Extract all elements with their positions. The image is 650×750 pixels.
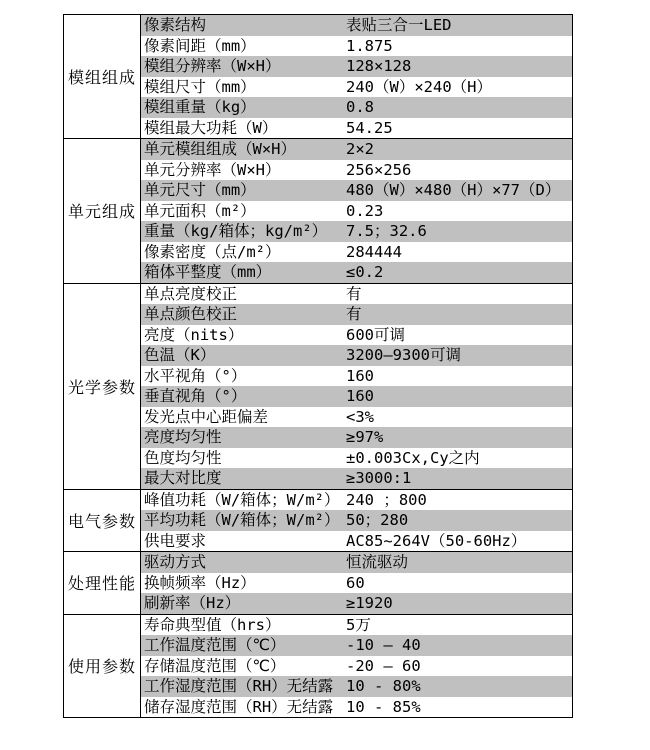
table-row: 单元面积（m²）0.23	[141, 201, 572, 222]
row-label: 模组分辨率（W×H）	[141, 56, 346, 77]
table-row: 模组尺寸（mm）240（W）×240（H）	[141, 77, 572, 98]
table-row: 像素密度（点/m²）284444	[141, 242, 572, 263]
row-label: 存储温度范围（℃）	[141, 656, 346, 677]
section-2: 光学参数单点亮度校正有单点颜色校正有亮度（nits）600可调色温（K）3200…	[64, 284, 572, 490]
row-label: 单元分辨率（W×H）	[141, 160, 346, 181]
category-cell: 处理性能	[64, 552, 141, 614]
table-row: 像素结构表贴三合一LED	[141, 15, 572, 36]
row-value: ≥97%	[346, 427, 572, 448]
row-label: 单元尺寸（mm）	[141, 180, 346, 201]
row-label: 亮度均匀性	[141, 427, 346, 448]
category-cell: 使用参数	[64, 615, 141, 718]
row-label: 水平视角（°）	[141, 366, 346, 387]
table-row: 单点颜色校正有	[141, 304, 572, 325]
row-label: 模组重量（kg）	[141, 97, 346, 118]
table-row: 单点亮度校正有	[141, 284, 572, 305]
row-label: 像素密度（点/m²）	[141, 242, 346, 263]
row-label: 平均功耗（W/箱体；W/m²）	[141, 510, 346, 531]
row-label: 发光点中心距偏差	[141, 407, 346, 428]
row-label: 最大对比度	[141, 468, 346, 489]
row-label: 储存湿度范围（RH）无结露	[141, 697, 346, 718]
section-3: 电气参数峰值功耗（W/箱体；W/m²）240 ；800平均功耗（W/箱体；W/m…	[64, 490, 572, 553]
table-row: 储存湿度范围（RH）无结露10 - 85%	[141, 697, 572, 718]
row-label: 峰值功耗（W/箱体；W/m²）	[141, 490, 346, 511]
row-value: 10 - 80%	[346, 676, 572, 697]
row-label: 换帧频率（Hz）	[141, 573, 346, 594]
row-value: 160	[346, 386, 572, 407]
section-rows: 驱动方式恒流驱动换帧频率（Hz）60刷新率（Hz）≥1920	[141, 552, 572, 614]
category-cell: 单元组成	[64, 139, 141, 283]
row-value: -10 — 40	[346, 635, 572, 656]
table-row: 水平视角（°）160	[141, 366, 572, 387]
table-row: 换帧频率（Hz）60	[141, 573, 572, 594]
table-row: 供电要求AC85~264V（50-60Hz）	[141, 531, 572, 552]
section-rows: 寿命典型值（hrs）5万工作温度范围（℃）-10 — 40存储温度范围（℃）-2…	[141, 615, 572, 718]
table-row: 工作湿度范围（RH）无结露10 - 80%	[141, 676, 572, 697]
row-value: 256×256	[346, 160, 572, 181]
table-row: 发光点中心距偏差<3%	[141, 407, 572, 428]
row-label: 工作温度范围（℃）	[141, 635, 346, 656]
section-5: 使用参数寿命典型值（hrs）5万工作温度范围（℃）-10 — 40存储温度范围（…	[64, 615, 572, 718]
row-label: 色温（K）	[141, 345, 346, 366]
row-value: 160	[346, 366, 572, 387]
row-label: 模组尺寸（mm）	[141, 77, 346, 98]
row-label: 色度均匀性	[141, 448, 346, 469]
row-value: 2×2	[346, 139, 572, 160]
table-row: 亮度（nits）600可调	[141, 325, 572, 346]
table-row: 驱动方式恒流驱动	[141, 552, 572, 573]
row-label: 工作湿度范围（RH）无结露	[141, 676, 346, 697]
row-value: 128×128	[346, 56, 572, 77]
row-label: 驱动方式	[141, 552, 346, 573]
row-value: 284444	[346, 242, 572, 263]
row-value: ≤0.2	[346, 262, 572, 283]
section-rows: 像素结构表贴三合一LED像素间距（mm）1.875模组分辨率（W×H）128×1…	[141, 15, 572, 138]
table-row: 模组分辨率（W×H）128×128	[141, 56, 572, 77]
row-value: 50；280	[346, 510, 572, 531]
section-4: 处理性能驱动方式恒流驱动换帧频率（Hz）60刷新率（Hz）≥1920	[64, 552, 572, 615]
row-value: 7.5；32.6	[346, 221, 572, 242]
table-row: 模组重量（kg）0.8	[141, 97, 572, 118]
row-value: ±0.003Cx,Cy之内	[346, 448, 572, 469]
table-row: 存储温度范围（℃）-20 — 60	[141, 656, 572, 677]
row-label: 像素间距（mm）	[141, 36, 346, 57]
row-label: 供电要求	[141, 531, 346, 552]
row-value: 0.23	[346, 201, 572, 222]
table-row: 寿命典型值（hrs）5万	[141, 615, 572, 636]
row-value: 60	[346, 573, 572, 594]
row-value: 600可调	[346, 325, 572, 346]
row-value: 10 - 85%	[346, 697, 572, 718]
row-label: 寿命典型值（hrs）	[141, 615, 346, 636]
table-row: 单元尺寸（mm）480（W）×480（H）×77（D）	[141, 180, 572, 201]
row-value: 有	[346, 284, 572, 305]
category-cell: 模组组成	[64, 15, 141, 138]
row-value: 1.875	[346, 36, 572, 57]
row-value: 240 ；800	[346, 490, 572, 511]
row-label: 模组最大功耗（W）	[141, 118, 346, 139]
table-row: 亮度均匀性≥97%	[141, 427, 572, 448]
table-row: 刷新率（Hz）≥1920	[141, 593, 572, 614]
category-cell: 电气参数	[64, 490, 141, 552]
section-rows: 单元模组组成（W×H）2×2单元分辨率（W×H）256×256单元尺寸（mm）4…	[141, 139, 572, 283]
section-rows: 峰值功耗（W/箱体；W/m²）240 ；800平均功耗（W/箱体；W/m²）50…	[141, 490, 572, 552]
table-row: 工作温度范围（℃）-10 — 40	[141, 635, 572, 656]
table-row: 平均功耗（W/箱体；W/m²）50；280	[141, 510, 572, 531]
section-1: 单元组成单元模组组成（W×H）2×2单元分辨率（W×H）256×256单元尺寸（…	[64, 139, 572, 284]
row-label: 亮度（nits）	[141, 325, 346, 346]
row-value: 有	[346, 304, 572, 325]
section-rows: 单点亮度校正有单点颜色校正有亮度（nits）600可调色温（K）3200—930…	[141, 284, 572, 489]
spec-table: 模组组成像素结构表贴三合一LED像素间距（mm）1.875模组分辨率（W×H）1…	[63, 14, 573, 718]
row-label: 箱体平整度（mm）	[141, 262, 346, 283]
row-label: 单元面积（m²）	[141, 201, 346, 222]
row-value: 54.25	[346, 118, 572, 139]
table-row: 单元分辨率（W×H）256×256	[141, 160, 572, 181]
table-row: 单元模组组成（W×H）2×2	[141, 139, 572, 160]
category-cell: 光学参数	[64, 284, 141, 489]
row-value: 0.8	[346, 97, 572, 118]
row-value: ≥1920	[346, 593, 572, 614]
table-row: 峰值功耗（W/箱体；W/m²）240 ；800	[141, 490, 572, 511]
row-value: 240（W）×240（H）	[346, 77, 572, 98]
table-row: 色度均匀性±0.003Cx,Cy之内	[141, 448, 572, 469]
row-label: 单点亮度校正	[141, 284, 346, 305]
row-value: <3%	[346, 407, 572, 428]
row-value: 5万	[346, 615, 572, 636]
row-label: 单元模组组成（W×H）	[141, 139, 346, 160]
row-value: 表贴三合一LED	[346, 15, 572, 36]
row-value: 3200—9300可调	[346, 345, 572, 366]
row-label: 重量（kg/箱体；kg/m²）	[141, 221, 346, 242]
table-row: 色温（K）3200—9300可调	[141, 345, 572, 366]
row-label: 刷新率（Hz）	[141, 593, 346, 614]
table-row: 箱体平整度（mm）≤0.2	[141, 262, 572, 283]
table-row: 重量（kg/箱体；kg/m²）7.5；32.6	[141, 221, 572, 242]
row-label: 像素结构	[141, 15, 346, 36]
row-value: -20 — 60	[346, 656, 572, 677]
table-row: 模组最大功耗（W）54.25	[141, 118, 572, 139]
row-value: AC85~264V（50-60Hz）	[346, 531, 572, 552]
table-row: 像素间距（mm）1.875	[141, 36, 572, 57]
row-value: 480（W）×480（H）×77（D）	[346, 180, 572, 201]
table-row: 垂直视角（°）160	[141, 386, 572, 407]
row-value: 恒流驱动	[346, 552, 572, 573]
table-row: 最大对比度≥3000:1	[141, 468, 572, 489]
row-value: ≥3000:1	[346, 468, 572, 489]
row-label: 垂直视角（°）	[141, 386, 346, 407]
section-0: 模组组成像素结构表贴三合一LED像素间距（mm）1.875模组分辨率（W×H）1…	[64, 15, 572, 139]
row-label: 单点颜色校正	[141, 304, 346, 325]
